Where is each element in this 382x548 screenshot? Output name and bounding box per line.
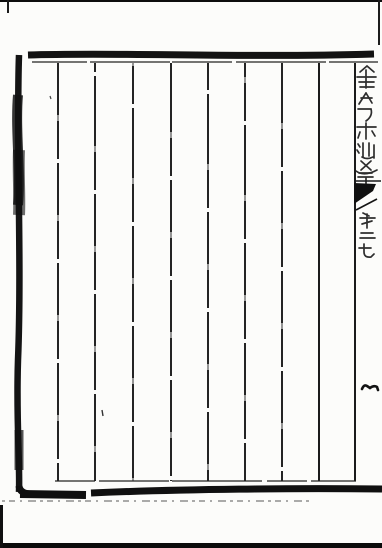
spine-volume-glyphs (359, 213, 375, 257)
frame-bottom-bar-left (20, 494, 86, 495)
ink-smudge-mark (362, 385, 378, 390)
ink-speck (102, 410, 103, 416)
fishtail-tail-line (356, 199, 377, 210)
ink-speck (50, 96, 51, 99)
frame-bottom-bar-right (91, 489, 382, 493)
frame-top-bar (28, 54, 374, 55)
page-frame-artwork (0, 0, 382, 548)
scanned-page: 鈔本高淳縣志 卷二九 (0, 0, 382, 548)
spine-title-glyphs (356, 66, 377, 184)
